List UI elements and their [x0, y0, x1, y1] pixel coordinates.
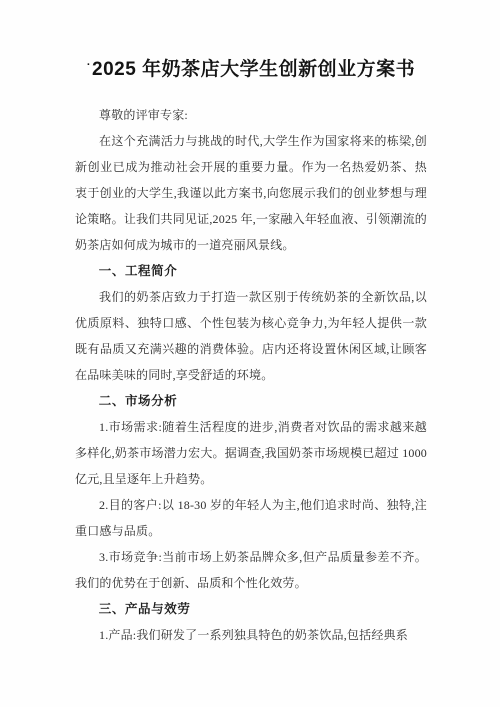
- market-competition-paragraph: 3.市场竞争:当前市场上奶茶品牌众多,但产品质量参差不齐。我们的优势在于创新、品…: [75, 544, 427, 596]
- title-dot-mark: ·: [87, 50, 91, 80]
- section-heading-market-analysis: 二、市场分析: [75, 388, 427, 414]
- document-title: ·2025 年奶茶店大学生创新创业方案书: [75, 50, 427, 85]
- market-demand-paragraph: 1.市场需求:随着生活程度的进步,消费者对饮品的需求越来越多样化,奶茶市场潜力宏…: [75, 414, 427, 492]
- document-title-text: 2025 年奶茶店大学生创新创业方案书: [92, 59, 415, 80]
- section-heading-project-intro: 一、工程简介: [75, 258, 427, 284]
- project-intro-paragraph: 我们的奶茶店致力于打造一款区别于传统奶茶的全新饮品,以优质原料、独特口感、个性包…: [75, 284, 427, 388]
- target-customers-paragraph: 2.目的客户:以 18-30 岁的年轻人为主,他们追求时尚、独特,注重口感与品质…: [75, 492, 427, 544]
- greeting-line: 尊敬的评审专家:: [75, 102, 427, 128]
- products-paragraph: 1.产品:我们研发了一系列独具特色的奶茶饮品,包括经典系: [75, 622, 427, 648]
- section-heading-products-services: 三、产品与效劳: [75, 596, 427, 622]
- intro-paragraph: 在这个充满活力与挑战的时代,大学生作为国家将来的栋梁,创新创业已成为推动社会开展…: [75, 128, 427, 258]
- document-page: ·2025 年奶茶店大学生创新创业方案书 尊敬的评审专家: 在这个充满活力与挑战…: [0, 0, 500, 707]
